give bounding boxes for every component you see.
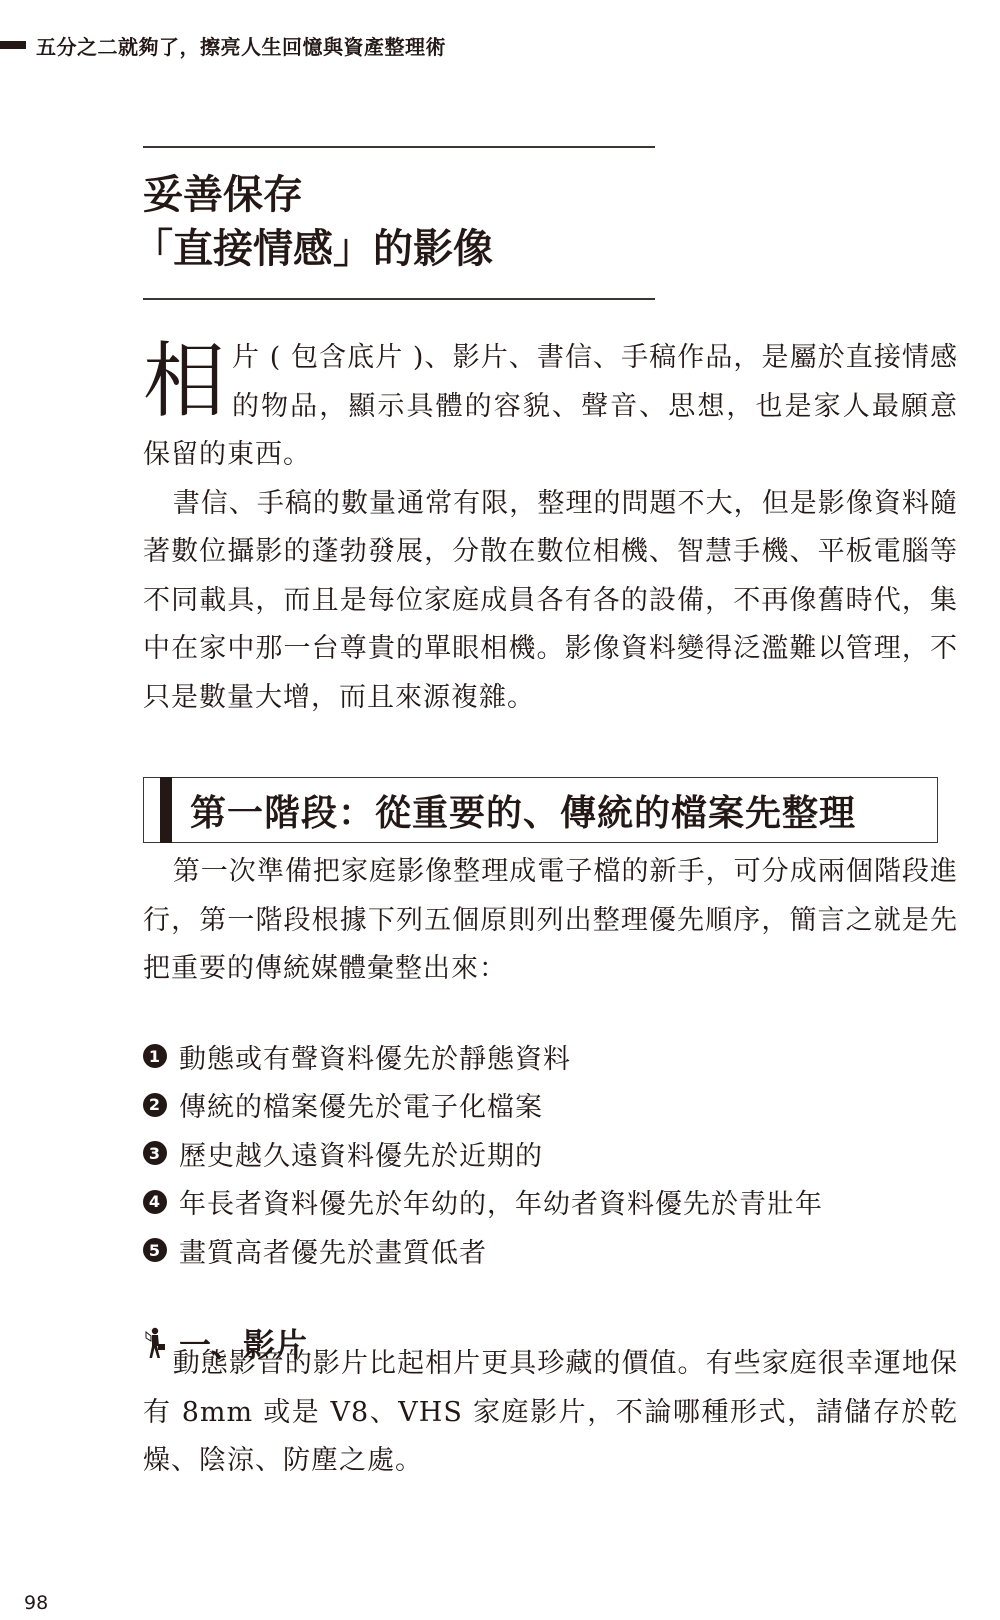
title-rule-top xyxy=(143,146,655,148)
header-bar xyxy=(0,41,26,49)
list-item: 3 歷史越久遠資料優先於近期的 xyxy=(143,1129,958,1178)
section-heading: 第一階段：從重要的、傳統的檔案先整理 xyxy=(190,785,856,836)
chapter-title-line2: 「直接情感」的影像 xyxy=(133,222,655,276)
intro-paragraph-1-text: 片 ( 包含底片 )、影片、書信、手稿作品，是屬於直接情感的物品，顯示具體的容貌… xyxy=(143,342,958,470)
list-item: 2 傳統的檔案優先於電子化檔案 xyxy=(143,1081,958,1130)
subsection-paragraph: 動態影音的影片比起相片更具珍藏的價值。有些家庭很幸運地保有 8mm 或是 V8、… xyxy=(143,1340,958,1486)
chapter-title-line1: 妥善保存 xyxy=(143,168,655,222)
list-item: 4 年長者資料優先於年幼的，年幼者資料優先於青壯年 xyxy=(143,1178,958,1227)
running-header: 五分之二就夠了，擦亮人生回憶與資產整理術 xyxy=(0,30,446,60)
number-badge-icon: 2 xyxy=(143,1093,167,1117)
principles-list: 1 動態或有聲資料優先於靜態資料 2 傳統的檔案優先於電子化檔案 3 歷史越久遠… xyxy=(143,1032,958,1275)
number-badge-icon: 4 xyxy=(143,1190,167,1214)
list-item-text: 動態或有聲資料優先於靜態資料 xyxy=(179,1037,571,1076)
list-item-text: 年長者資料優先於年幼的，年幼者資料優先於青壯年 xyxy=(179,1182,823,1221)
page-number: 98 xyxy=(24,1592,48,1614)
intro-paragraph-1: 相片 ( 包含底片 )、影片、書信、手稿作品，是屬於直接情感的物品，顯示具體的容… xyxy=(143,334,958,480)
title-rule-bottom xyxy=(143,298,655,300)
list-item: 5 畫質高者優先於畫質低者 xyxy=(143,1226,958,1275)
section-heading-box: 第一階段：從重要的、傳統的檔案先整理 xyxy=(143,777,938,843)
chapter-title: 妥善保存 「直接情感」的影像 xyxy=(143,168,655,276)
dropcap: 相 xyxy=(143,342,226,422)
list-item-text: 歷史越久遠資料優先於近期的 xyxy=(179,1134,543,1173)
list-item-text: 畫質高者優先於畫質低者 xyxy=(179,1231,487,1270)
section-text: 第一次準備把家庭影像整理成電子檔的新手，可分成兩個階段進行，第一階段根據下列五個… xyxy=(143,848,958,994)
intro-text: 相片 ( 包含底片 )、影片、書信、手稿作品，是屬於直接情感的物品，顯示具體的容… xyxy=(143,334,958,722)
chapter-title-block: 妥善保存 「直接情感」的影像 xyxy=(143,146,655,300)
intro-paragraph-2: 書信、手稿的數量通常有限，整理的問題不大，但是影像資料隨著數位攝影的蓬勃發展，分… xyxy=(143,480,958,723)
list-item-text: 傳統的檔案優先於電子化檔案 xyxy=(179,1085,543,1124)
running-title: 五分之二就夠了，擦亮人生回憶與資產整理術 xyxy=(36,31,446,60)
number-badge-icon: 3 xyxy=(143,1141,167,1165)
list-item: 1 動態或有聲資料優先於靜態資料 xyxy=(143,1032,958,1081)
section-marker xyxy=(160,777,172,843)
section-paragraph: 第一次準備把家庭影像整理成電子檔的新手，可分成兩個階段進行，第一階段根據下列五個… xyxy=(143,848,958,994)
subsection-text: 動態影音的影片比起相片更具珍藏的價值。有些家庭很幸運地保有 8mm 或是 V8、… xyxy=(143,1340,958,1486)
number-badge-icon: 5 xyxy=(143,1238,167,1262)
number-badge-icon: 1 xyxy=(143,1044,167,1068)
